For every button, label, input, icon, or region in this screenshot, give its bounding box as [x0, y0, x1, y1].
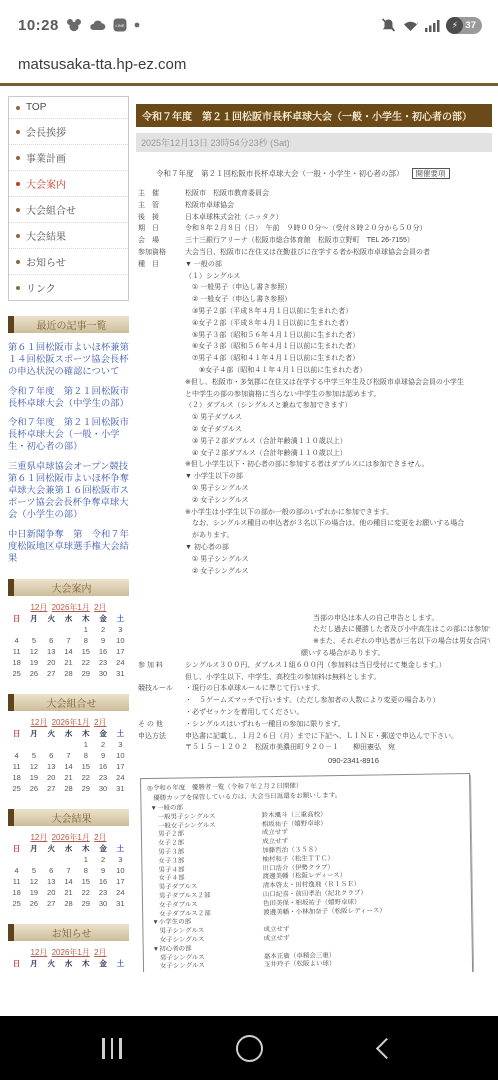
calendar-date-cell: 8: [77, 865, 94, 876]
calendar-week-row: 45678910: [8, 865, 129, 876]
line-text: ・必ずゼッケンを着用してください。: [185, 707, 490, 719]
calendar-date-cell: [43, 854, 60, 865]
calendar-date-cell: 10: [112, 750, 129, 761]
article-link[interactable]: 令和７年度 第２１回松阪市長杯卓球大会（中学生の部）: [8, 385, 129, 409]
web-page: TOP 会長挨拶 事業計画 大会案内 大会組合せ 大会結果 お知らせ: [0, 86, 498, 972]
calendar-day-headers: 日月火水木金土: [8, 613, 129, 624]
line-text: 申込書に記載し、１月２６日（月）までに下記へ、ＬＩＮＥ・郵送で申込んで下さい。: [185, 731, 490, 743]
line-label: [138, 672, 185, 684]
line-label: [138, 436, 185, 448]
contact-phone: 090-2341-8916: [138, 754, 490, 767]
sidebar-nav-label: お知らせ: [26, 254, 66, 269]
document-line: があります。: [138, 530, 490, 542]
day-header: 月: [25, 613, 42, 624]
document-line: ② 女子ダブルス: [138, 424, 490, 436]
calendar-date-cell: 3: [112, 739, 129, 750]
line-label: 期 日: [138, 223, 185, 235]
calendar-month-nav: 12月 2026年1月 2月: [8, 717, 129, 728]
line-label: [138, 271, 185, 283]
line-label: [138, 306, 185, 318]
calendar-date-cell: 18: [8, 772, 25, 783]
sidebar-nav-item[interactable]: 会長挨拶: [9, 119, 128, 145]
document-line: ・ ５ゲームズマッチで行います。（ただし参加者の人数により変更の場合あり）: [138, 695, 490, 707]
calendar-date-cell: 24: [112, 887, 129, 898]
calendar-date-cell: [25, 739, 42, 750]
line-label: [138, 507, 185, 519]
line-text: ① 男子シングルス: [185, 554, 490, 566]
calendar-date-cell: 6: [43, 635, 60, 646]
document-line: ※但し、松阪市・多気郡に在住又は在学する中学三年生及び松阪市卓球協会会員の小学生: [138, 377, 490, 389]
calendar-date-cell: 27: [43, 783, 60, 794]
calendar-week-row: 11121314151617: [8, 646, 129, 657]
line-label: 参 加 料: [138, 660, 185, 672]
bullet-icon: [16, 182, 20, 186]
current-month-link[interactable]: 2026年1月: [52, 603, 90, 612]
current-month-link[interactable]: 2026年1月: [52, 833, 90, 842]
calendar-week-row: 18192021222324: [8, 887, 129, 898]
line-text: ※但し、松阪市・多気郡に在住又は在学する中学三年生及び松阪市卓球協会会員の小学生: [185, 377, 490, 389]
line-label: [138, 542, 185, 554]
calendar-date-cell: 7: [60, 635, 77, 646]
calendar-date-cell: [60, 854, 77, 865]
calendar-date-cell: [43, 969, 60, 972]
calendar-date-cell: 25: [8, 783, 25, 794]
calendar-date-cell: 7: [60, 865, 77, 876]
calendar-date-cell: 22: [77, 887, 94, 898]
line-text: と中学生の部の参加資格に当らない中学生の参加は認めます。: [185, 389, 490, 401]
day-header: 水: [60, 728, 77, 739]
recent-apps-icon[interactable]: [92, 1028, 132, 1068]
document-line: ⑥女子３部（昭和５６年４月１日以前に生まれた者）: [138, 341, 490, 353]
line-text: シングルス３００円、ダブルス１組６００円（参加料は当日受付にて集金します。）: [185, 660, 490, 672]
line-text: ただし過去に優勝した者及び小中高生はこの部には参加できません。: [185, 624, 490, 636]
line-label: [138, 330, 185, 342]
article-link[interactable]: 令和７年度 第２１回松阪市長杯卓球大会（一般・小学生・初心者の部）: [8, 416, 129, 453]
document-line: ※但し小学生以下・初心者の部に参加する者はダブルスには参加できません。: [138, 459, 490, 471]
sidebar-nav-item[interactable]: 事業計画: [9, 145, 128, 171]
document-line: （１）シングルス: [138, 271, 490, 283]
line-label: [138, 412, 185, 424]
calendar-date-cell: 1: [77, 624, 94, 635]
line-label: [138, 495, 185, 507]
document-line: ⑧女子４部（昭和４１年４月１日以前に生まれた者）: [138, 365, 490, 377]
calendar-date-cell: 1: [77, 854, 94, 865]
day-header: 月: [25, 728, 42, 739]
calendar-date-cell: 20: [43, 657, 60, 668]
status-bar: 10:28 LINE ↓ ⚡ 37: [0, 0, 498, 46]
bullet-icon: [16, 156, 20, 160]
calendar-date-cell: 17: [112, 761, 129, 772]
calendar-date-cell: 13: [43, 646, 60, 657]
sidebar-nav-menu: TOP 会長挨拶 事業計画 大会案内 大会組合せ 大会結果 お知らせ: [8, 96, 129, 301]
line-text: ④ 女子２部ダブルス（合計年齢満１１０歳以上）: [185, 448, 490, 460]
day-header: 木: [77, 613, 94, 624]
document-line: ③ 男子２部ダブルス（合計年齢満１１０歳以上）: [138, 436, 490, 448]
day-header: 金: [94, 958, 111, 969]
article-link[interactable]: 中日新聞争奪 第 令和７年度松阪地区卓球選手権大会結果: [8, 528, 129, 565]
calendar-date-cell: 31: [112, 668, 129, 679]
line-text: [185, 589, 490, 601]
document-line: ① 男子シングルス: [138, 483, 490, 495]
document-line: ② 一般女子（申込し書き参照）: [138, 294, 490, 306]
calendar-date-cell: 19: [25, 772, 42, 783]
calendar-date-cell: [8, 624, 25, 635]
sidebar-nav-item[interactable]: お知らせ: [9, 249, 128, 275]
document-line: 主 管 松阪市卓球協会: [138, 200, 490, 212]
bullet-icon: [16, 106, 20, 110]
calendar-date-cell: 12: [25, 761, 42, 772]
battery-indicator: ⚡ 37: [446, 17, 482, 34]
line-text: ② 一般女子（申込し書き参照）: [185, 294, 490, 306]
calendar-date-cell: 4: [8, 635, 25, 646]
calendar-week-row: 18192021222324: [8, 657, 129, 668]
calendar-widget: 大会組合せ 12月 2026年1月 2月 日月火水木金土 123 4567891: [8, 694, 129, 794]
calendar-date-cell: [25, 624, 42, 635]
prev-month-link[interactable]: 12月: [30, 833, 47, 842]
calendar-date-cell: [8, 854, 25, 865]
line-text: ⑧女子４部（昭和４１年４月１日以前に生まれた者）: [185, 365, 490, 377]
calendar-date-cell: 20: [43, 772, 60, 783]
battery-percent: 37: [465, 20, 476, 31]
line-label: [138, 365, 185, 377]
prev-month-link[interactable]: 12月: [30, 948, 47, 957]
calendar-widget-header: 大会案内: [8, 579, 129, 596]
calendar-date-cell: 12: [25, 646, 42, 657]
line-label: [138, 601, 185, 613]
calendar-date-cell: 15: [77, 646, 94, 657]
document-line: ・必ずゼッケンを着用してください。: [138, 707, 490, 719]
line-text: ※また、それぞれの申込者が三名以下の場合は男女合同での開催や他の部への変更をお: [185, 636, 490, 648]
sidebar-nav-label: 大会結果: [26, 228, 66, 243]
document-line: 参 加 料 シングルス３００円、ダブルス１組６００円（参加料は当日受付にて集金し…: [138, 660, 490, 672]
line-label: [138, 577, 185, 589]
calendar-date-cell: 11: [8, 876, 25, 887]
line-text: ① 男子シングルス: [185, 483, 490, 495]
line-label: [138, 566, 185, 578]
day-header: 土: [112, 843, 129, 854]
line-label: 申込方法: [138, 731, 185, 743]
day-header: 火: [43, 728, 60, 739]
day-header: 土: [112, 958, 129, 969]
line-text: 令和８年２月８日（日） 午前 ９時００分～（受付８時２０分から５０分）: [185, 223, 490, 235]
line-label: [138, 424, 185, 436]
line-text: 松阪市卓球協会: [185, 200, 490, 212]
calendar-date-cell: 23: [94, 772, 111, 783]
day-header: 水: [60, 843, 77, 854]
line-text: ③ 男子２部ダブルス（合計年齢満１１０歳以上）: [185, 436, 490, 448]
day-header: 木: [77, 728, 94, 739]
cellular-signal-icon: [425, 19, 440, 32]
svg-text:↓: ↓: [416, 20, 419, 26]
sidebar-nav-label: TOP: [26, 102, 46, 113]
document-line: なお、シングルス種目の申込者が３名以下の場合は、他の種目に変更をお願いする場合: [138, 518, 490, 530]
sidebar-nav-label: 大会組合せ: [26, 202, 76, 217]
calendar-widget-header: 大会結果: [8, 809, 129, 826]
mickey-icon: [66, 18, 82, 32]
line-label: [138, 471, 185, 483]
document-line: 但し、小学生以下、中学生、高校生の参加料は無料とします。: [138, 672, 490, 684]
prev-month-link[interactable]: 12月: [30, 718, 47, 727]
day-header: 火: [43, 613, 60, 624]
calendar-grid: 123 45678910 11121314151617 181920212223…: [8, 854, 129, 909]
line-label: [138, 530, 185, 542]
calendar-date-cell: [60, 969, 77, 972]
calendar-date-cell: 17: [112, 646, 129, 657]
battery-charging-icon: ⚡: [446, 17, 463, 34]
wifi-icon: ↓: [402, 19, 419, 32]
winner-name: 玉井玲子（松阪よい球）: [264, 959, 466, 971]
line-label: [138, 648, 185, 660]
document-line: ただし過去に優勝した者及び小中高生はこの部には参加できません。: [138, 624, 490, 636]
line-label: [138, 624, 185, 636]
calendar-month-nav: 12月 2026年1月 2月: [8, 832, 129, 843]
previous-winners-box: ◎令和６年度 優勝者一覧（令和７年２月２日開催） 優勝カップを保管している方は、…: [140, 773, 473, 972]
sidebar-nav-item[interactable]: 大会案内: [9, 171, 128, 197]
clock-text: 10:28: [18, 17, 59, 34]
calendar-date-cell: [60, 624, 77, 635]
calendar-date-cell: 6: [43, 750, 60, 761]
line-text: ⑤男子３部（昭和５６年４月１日以前に生まれた者）: [185, 330, 490, 342]
notification-dot-icon: [134, 22, 140, 28]
home-icon[interactable]: [229, 1028, 269, 1068]
post-date: 2025年12月13日 23時54分23秒 (Sat): [136, 133, 492, 152]
calendar-date-cell: 4: [8, 865, 25, 876]
document-line: ▼ 小学生以下の部: [138, 471, 490, 483]
prev-month-link[interactable]: 12月: [30, 603, 47, 612]
page-title: 令和７年度 第２１回松阪市長杯卓球大会（一般・小学生・初心者の部）: [136, 104, 492, 127]
calendar-date-cell: 30: [94, 783, 111, 794]
calendar-day-headers: 日月火水木金土: [8, 843, 129, 854]
document-line: 期 日 令和８年２月８日（日） 午前 ９時００分～（受付８時２０分から５０分）: [138, 223, 490, 235]
day-header: 火: [43, 843, 60, 854]
current-month-link[interactable]: 2026年1月: [52, 948, 90, 957]
document-line: ④女子２部（平成８年４月１日以前に生まれた者）: [138, 318, 490, 330]
calendar-widget-header: 大会組合せ: [8, 694, 129, 711]
calendar-date-cell: [43, 739, 60, 750]
day-header: 日: [8, 728, 25, 739]
calendar-week-row: 123: [8, 854, 129, 865]
line-label: [138, 518, 185, 530]
calendar-week-row: 11121314151617: [8, 761, 129, 772]
line-text: ② 女子ダブルス: [185, 424, 490, 436]
calendar-week-row: 123: [8, 624, 129, 635]
line-text: ⑦男子４部（昭和４１年４月１日以前に生まれた者）: [185, 353, 490, 365]
calendar-date-cell: 24: [112, 772, 129, 783]
calendar-date-cell: 10: [112, 635, 129, 646]
day-header: 月: [25, 843, 42, 854]
document-line: [138, 601, 490, 613]
document-line: 会 場 三十三銀行アリーナ（松阪市総合体育館 松阪市立野町 TEL 26-715…: [138, 235, 490, 247]
calendar-widget: 大会案内 12月 2026年1月 2月 日月火水木金土 123 45678910: [8, 579, 129, 679]
calendar-week-row: 25262728293031: [8, 668, 129, 679]
calendar-date-cell: 10: [112, 865, 129, 876]
day-header: 金: [94, 613, 111, 624]
document-line: ① 男子シングルス: [138, 554, 490, 566]
calendar-date-cell: 28: [60, 668, 77, 679]
next-month-link[interactable]: 2月: [94, 833, 106, 842]
day-header: 火: [43, 958, 60, 969]
calendar-widget-header: お知らせ: [8, 924, 129, 941]
calendar-date-cell: 2: [94, 854, 111, 865]
line-label: 主 催: [138, 188, 185, 200]
main-content: 令和７年度 第２１回松阪市長杯卓球大会（一般・小学生・初心者の部） 2025年1…: [136, 104, 492, 972]
line-label: 会 場: [138, 235, 185, 247]
calendar-date-cell: [43, 624, 60, 635]
calendar-date-cell: 23: [94, 887, 111, 898]
calendar-week-row: 45678910: [8, 635, 129, 646]
calendar-date-cell: 8: [77, 750, 94, 761]
calendar-date-cell: 27: [43, 668, 60, 679]
calendar-widget: 大会結果 12月 2026年1月 2月 日月火水木金土 123 45678910: [8, 809, 129, 909]
sidebar-nav-item[interactable]: 大会結果: [9, 223, 128, 249]
calendar-date-cell: 26: [25, 783, 42, 794]
line-label: [138, 294, 185, 306]
document-line: 〒５１５－１２０２ 松阪市美濃田町９２０－１ 柳田憲弘 宛: [138, 742, 490, 754]
calendar-date-cell: 8: [77, 635, 94, 646]
document-line: 参加資格 大会当日、松阪市に在住又は在勤並びに在学する者か松阪市卓球協会会員の者: [138, 247, 490, 259]
document-line: ② 女子シングルス: [138, 495, 490, 507]
sidebar-nav-item[interactable]: TOP: [9, 97, 128, 119]
line-label: [138, 400, 185, 412]
winners-table: ▼一般の部 一般男子シングルス 鈴木颯斗（三重高校） 一般女子シングルス 相坂祐…: [147, 800, 466, 972]
calendar-week-row: 123: [8, 969, 129, 972]
next-month-link[interactable]: 2月: [94, 948, 106, 957]
document-line: ① 一般男子（申込し書き参照）: [138, 282, 490, 294]
browser-url-bar[interactable]: matsusaka-tta.hp-ez.com: [0, 46, 498, 86]
document-line: ▼ 初心者の部: [138, 542, 490, 554]
line-text: 三十三銀行アリーナ（松阪市総合体育館 松阪市立野町 TEL 26-7155）: [185, 235, 490, 247]
calendar-grid: 123 45678910 11121314151617 181920212223…: [8, 969, 129, 972]
document-line: [138, 577, 490, 589]
next-month-link[interactable]: 2月: [94, 603, 106, 612]
recent-articles-header: 最近の記事一覧: [8, 316, 129, 333]
calendar-date-cell: [25, 854, 42, 865]
calendar-date-cell: 16: [94, 646, 111, 657]
line-label: [138, 636, 185, 648]
line-label: [138, 459, 185, 471]
document-line: （２）ダブルス（シングルスと兼ねて参加できます）: [138, 400, 490, 412]
line-text: 当部の申込は本人の自己申告とします。: [185, 613, 490, 625]
sidebar-nav-label: リンク: [26, 280, 56, 295]
calendar-date-cell: 11: [8, 646, 25, 657]
calendar-grid: 123 45678910 11121314151617 181920212223…: [8, 624, 129, 679]
calendar-day-headers: 日月火水木金土: [8, 958, 129, 969]
line-label: [138, 554, 185, 566]
calendar-date-cell: 3: [112, 624, 129, 635]
document-line: 種 目 ▼ 一般の部: [138, 259, 490, 271]
line-label: [138, 613, 185, 625]
line-text: 松阪市 松阪市教育委員会: [185, 188, 490, 200]
bullet-icon: [16, 234, 20, 238]
line-label: [138, 341, 185, 353]
line-text: （１）シングルス: [185, 271, 490, 283]
document-line: ① 男子ダブルス: [138, 412, 490, 424]
winner-category: 女子シングルス: [150, 962, 264, 972]
line-text: ② 女子シングルス: [185, 566, 490, 578]
sidebar-nav-item[interactable]: リンク: [9, 275, 128, 300]
article-link[interactable]: 三重県卓球協会オープン競技 第６１回松阪市よいほ杯争奪卓球大会兼第１６回松阪市ス…: [8, 460, 129, 521]
line-app-icon: LINE: [113, 18, 127, 32]
line-label: 種 目: [138, 259, 185, 271]
calendar-date-cell: 29: [77, 783, 94, 794]
calendar-date-cell: 22: [77, 657, 94, 668]
calendar-date-cell: 23: [94, 657, 111, 668]
line-text: （２）ダブルス（シングルスと兼ねて参加できます）: [185, 400, 490, 412]
calendar-date-cell: 25: [8, 898, 25, 909]
calendar-date-cell: 12: [25, 876, 42, 887]
calendar-date-cell: 29: [77, 668, 94, 679]
calendar-date-cell: 29: [77, 898, 94, 909]
document-badge: 開催要項: [412, 168, 450, 179]
calendar-date-cell: [8, 969, 25, 972]
calendar-date-cell: 21: [60, 772, 77, 783]
line-text: ② 女子シングルス: [185, 495, 490, 507]
calendar-date-cell: [60, 739, 77, 750]
line-text: ▼ 小学生以下の部: [185, 471, 490, 483]
calendar-date-cell: 2: [94, 969, 111, 972]
mute-icon: [381, 18, 396, 32]
document-line: 当部の申込は本人の自己申告とします。: [138, 613, 490, 625]
calendar-date-cell: 1: [77, 739, 94, 750]
line-text: 〒５１５－１２０２ 松阪市美濃田町９２０－１ 柳田憲弘 宛: [185, 742, 490, 754]
day-header: 日: [8, 843, 25, 854]
line-label: 競技ルール: [138, 683, 185, 695]
calendar-date-cell: 27: [43, 898, 60, 909]
day-header: 水: [60, 958, 77, 969]
calendar-date-cell: 13: [43, 761, 60, 772]
line-text: ① 一般男子（申込し書き参照）: [185, 282, 490, 294]
android-navigation-bar: [0, 1016, 498, 1080]
current-month-link[interactable]: 2026年1月: [52, 718, 90, 727]
sidebar-nav-item[interactable]: 大会組合せ: [9, 197, 128, 223]
day-header: 土: [112, 728, 129, 739]
line-text: ▼ 一般の部: [185, 259, 490, 271]
document-line: ⑤男子３部（昭和５６年４月１日以前に生まれた者）: [138, 330, 490, 342]
calendar-week-row: 25262728293031: [8, 898, 129, 909]
article-link[interactable]: 第６１回松阪市よいほ杯兼第１４回松阪スポーツ協会長杯の申込状況の確認について: [8, 341, 129, 378]
day-header: 木: [77, 843, 94, 854]
day-header: 木: [77, 958, 94, 969]
calendar-widgets: 大会案内 12月 2026年1月 2月 日月火水木金土 123 45678910: [8, 579, 129, 972]
calendar-date-cell: 28: [60, 783, 77, 794]
calendar-week-row: 123: [8, 739, 129, 750]
calendar-week-row: 18192021222324: [8, 772, 129, 783]
calendar-date-cell: 13: [43, 876, 60, 887]
calendar-date-cell: 22: [77, 772, 94, 783]
back-icon[interactable]: [366, 1028, 406, 1068]
next-month-link[interactable]: 2月: [94, 718, 106, 727]
line-text: ※但し小学生以下・初心者の部に参加する者はダブルスには参加できません。: [185, 459, 490, 471]
calendar-date-cell: 15: [77, 761, 94, 772]
calendar-date-cell: 9: [94, 865, 111, 876]
day-header: 水: [60, 613, 77, 624]
calendar-date-cell: [8, 739, 25, 750]
document-line: と中学生の部の参加資格に当らない中学生の参加は認めます。: [138, 389, 490, 401]
day-header: 月: [25, 958, 42, 969]
document-line: 申込方法 申込書に記載し、１月２６日（月）までに下記へ、ＬＩＮＥ・郵送で申込んで…: [138, 731, 490, 743]
url-text[interactable]: matsusaka-tta.hp-ez.com: [18, 56, 186, 73]
calendar-date-cell: 17: [112, 876, 129, 887]
line-text: 日本卓球株式会社（ニッタク）: [185, 212, 490, 224]
document-line: [138, 589, 490, 601]
line-label: [138, 353, 185, 365]
calendar-date-cell: 30: [94, 668, 111, 679]
calendar-date-cell: 16: [94, 761, 111, 772]
bullet-icon: [16, 286, 20, 290]
calendar-date-cell: 31: [112, 898, 129, 909]
document-line: そ の 他 ・シングルスはいずれも一種目の参加に限ります。: [138, 719, 490, 731]
calendar-date-cell: 26: [25, 668, 42, 679]
